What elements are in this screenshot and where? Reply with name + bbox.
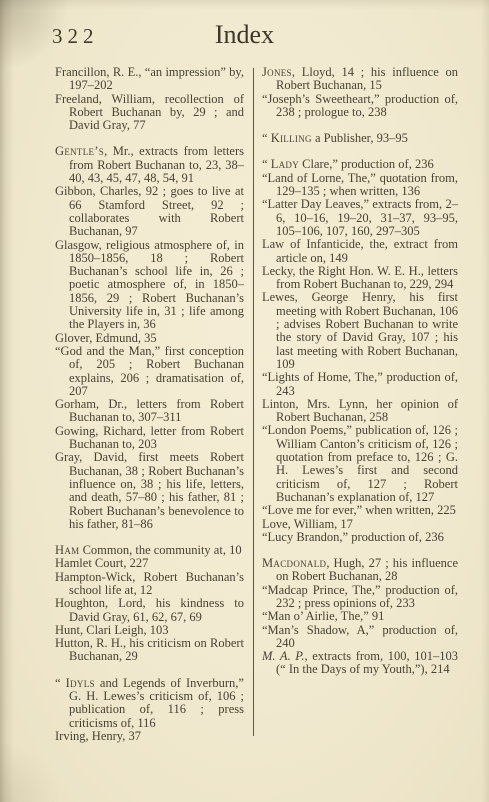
index-entry: Irving, Henry, 37 bbox=[55, 730, 244, 743]
entry-text: “Man’s Shadow, A,” production of, 240 bbox=[262, 623, 458, 650]
entry-text: Freeland, William, recollection of Rober… bbox=[55, 92, 244, 133]
index-entry: Francillon, R. E., “an impression” by, 1… bbox=[55, 66, 244, 93]
entry-text: Hutton, R. H., his criticism on Robert B… bbox=[55, 636, 244, 663]
entry-text: , extracts from, 100, 101–103 (“ In the … bbox=[276, 649, 458, 676]
index-entry: Lewes, George Henry, his first meeting w… bbox=[262, 291, 458, 371]
index-entry: “Land of Lorne, The,” quotation from, 12… bbox=[262, 172, 458, 199]
index-entry: Gorham, Dr., letters from Robert Buchana… bbox=[55, 398, 244, 425]
index-column-right: Jones, Lloyd, 14 ; his influence on Robe… bbox=[262, 66, 458, 743]
index-entry: “London Poems,” publication of, 126 ; Wi… bbox=[262, 424, 458, 504]
index-entry: “God and the Man,” first conception of, … bbox=[55, 345, 244, 398]
index-entry: Love, William, 17 bbox=[262, 518, 458, 531]
index-column-left: Francillon, R. E., “an impression” by, 1… bbox=[55, 66, 244, 743]
entry-text: Houghton, Lord, his kindness to David Gr… bbox=[55, 596, 244, 623]
index-entry: Glover, Edmund, 35 bbox=[55, 332, 244, 345]
entry-text: “Lights of Home, The,” production of, 24… bbox=[262, 370, 458, 397]
index-entry: Lecky, the Right Hon. W. E. H., letters … bbox=[262, 265, 458, 292]
entry-lead-smallcaps: Gentle’s bbox=[55, 144, 104, 158]
entry-text: Hunt, Clari Leigh, 103 bbox=[55, 623, 169, 637]
index-entry: “Man o’ Airlie, The,” 91 bbox=[262, 610, 458, 623]
index-entry: Linton, Mrs. Lynn, her opinion of Robert… bbox=[262, 398, 458, 425]
entry-text: Clare,” production of, 236 bbox=[299, 157, 434, 171]
index-entry: Glasgow, religious atmosphere of, in 185… bbox=[55, 239, 244, 332]
entry-text: “God and the Man,” first conception of, … bbox=[55, 344, 244, 398]
index-entry: Ham Common, the community at, 10 bbox=[55, 544, 244, 557]
book-page: 322 Index Francillon, R. E., “an impress… bbox=[0, 0, 489, 802]
entry-lead-smallcaps: Idyls bbox=[66, 676, 95, 690]
entry-text: Love, William, 17 bbox=[262, 517, 353, 531]
entry-lead-smallcaps: Lady bbox=[271, 157, 299, 171]
index-entry: Freeland, William, recollection of Rober… bbox=[55, 93, 244, 133]
entry-text: “ bbox=[55, 676, 66, 690]
entry-text: Hamlet Court, 227 bbox=[55, 556, 148, 570]
entry-text: “ bbox=[262, 131, 271, 145]
entry-text: “ bbox=[262, 157, 271, 171]
entry-text: Gowing, Richard, letter from Robert Buch… bbox=[55, 424, 244, 451]
entry-text: Lecky, the Right Hon. W. E. H., letters … bbox=[262, 264, 458, 291]
entry-lead-smallcaps: Macdonald bbox=[262, 556, 326, 570]
entry-text: a Publisher, 93–95 bbox=[312, 131, 408, 145]
entry-text: and Legends of Inverburn,” G. H. Lewes’s… bbox=[69, 676, 244, 730]
index-entry: Hampton-Wick, Robert Buchanan’s school l… bbox=[55, 571, 244, 598]
index-entry: Gray, David, first meets Robert Buchanan… bbox=[55, 451, 244, 531]
entry-text: Law of Infanticide, the, extract from ar… bbox=[262, 237, 458, 264]
entry-text: “Love me for ever,” when written, 225 bbox=[262, 503, 456, 517]
index-entry: “Latter Day Leaves,” extracts from, 2–6,… bbox=[262, 198, 458, 238]
entry-text: Gibbon, Charles, 92 ; goes to live at 66… bbox=[55, 184, 244, 238]
entry-text: “Lucy Brandon,” production of, 236 bbox=[262, 530, 444, 544]
entry-text: Gray, David, first meets Robert Buchanan… bbox=[55, 450, 244, 530]
entry-lead-smallcaps: Killing bbox=[271, 131, 312, 145]
entry-lead-smallcaps: Ham bbox=[55, 543, 79, 557]
index-entry: “Lights of Home, The,” production of, 24… bbox=[262, 371, 458, 398]
index-entry: Hunt, Clari Leigh, 103 bbox=[55, 624, 244, 637]
entry-text: Gorham, Dr., letters from Robert Buchana… bbox=[55, 397, 244, 424]
entry-text: Irving, Henry, 37 bbox=[55, 729, 141, 743]
index-entry: “Man’s Shadow, A,” production of, 240 bbox=[262, 624, 458, 651]
entry-text: Linton, Mrs. Lynn, her opinion of Robert… bbox=[262, 397, 458, 424]
entry-text: “London Poems,” publication of, 126 ; Wi… bbox=[262, 423, 458, 503]
entry-text: “Latter Day Leaves,” extracts from, 2–6,… bbox=[262, 197, 458, 238]
index-entry: Law of Infanticide, the, extract from ar… bbox=[262, 238, 458, 265]
entry-text: , Lloyd, 14 ; his influence on Robert Bu… bbox=[276, 65, 458, 92]
index-entry: “Love me for ever,” when written, 225 bbox=[262, 504, 458, 517]
page-title: Index bbox=[0, 20, 489, 50]
index-entry: Macdonald, Hugh, 27 ; his influence on R… bbox=[262, 557, 458, 584]
entry-text: Common, the community at, 10 bbox=[79, 543, 241, 557]
index-entry: Hutton, R. H., his criticism on Robert B… bbox=[55, 637, 244, 664]
index-entry: “ Killing a Publisher, 93–95 bbox=[262, 132, 458, 145]
index-entry: M. A. P., extracts from, 100, 101–103 (“… bbox=[262, 650, 458, 677]
index-entry: Houghton, Lord, his kindness to David Gr… bbox=[55, 597, 244, 624]
index-entry: Hamlet Court, 227 bbox=[55, 557, 244, 570]
entry-text: Hampton-Wick, Robert Buchanan’s school l… bbox=[55, 570, 244, 597]
index-entry: “ Idyls and Legends of Inverburn,” G. H.… bbox=[55, 677, 244, 730]
index-entry: “Joseph’s Sweetheart,” production of, 23… bbox=[262, 93, 458, 120]
index-entry: Gowing, Richard, letter from Robert Buch… bbox=[55, 425, 244, 452]
entry-text: Lewes, George Henry, his first meeting w… bbox=[262, 290, 458, 370]
index-columns: Francillon, R. E., “an impression” by, 1… bbox=[55, 66, 458, 743]
index-entry: Gibbon, Charles, 92 ; goes to live at 66… bbox=[55, 185, 244, 238]
index-entry: Jones, Lloyd, 14 ; his influence on Robe… bbox=[262, 66, 458, 93]
index-entry: “Madcap Prince, The,” production of, 232… bbox=[262, 584, 458, 611]
entry-text: Glasgow, religious atmosphere of, in 185… bbox=[55, 238, 244, 332]
entry-text: “Madcap Prince, The,” production of, 232… bbox=[262, 583, 458, 610]
entry-text: “Joseph’s Sweetheart,” production of, 23… bbox=[262, 92, 458, 119]
entry-text: “Man o’ Airlie, The,” 91 bbox=[262, 609, 384, 623]
entry-text: Glover, Edmund, 35 bbox=[55, 331, 157, 345]
entry-lead-smallcaps: Jones bbox=[262, 65, 292, 79]
entry-lead-italic: M. A. P. bbox=[262, 649, 304, 663]
index-entry: “ Lady Clare,” production of, 236 bbox=[262, 158, 458, 171]
entry-text: Francillon, R. E., “an impression” by, 1… bbox=[55, 65, 244, 92]
index-entry: Gentle’s, Mr., extracts from letters fro… bbox=[55, 145, 244, 185]
index-entry: “Lucy Brandon,” production of, 236 bbox=[262, 531, 458, 544]
entry-text: “Land of Lorne, The,” quotation from, 12… bbox=[262, 171, 458, 198]
